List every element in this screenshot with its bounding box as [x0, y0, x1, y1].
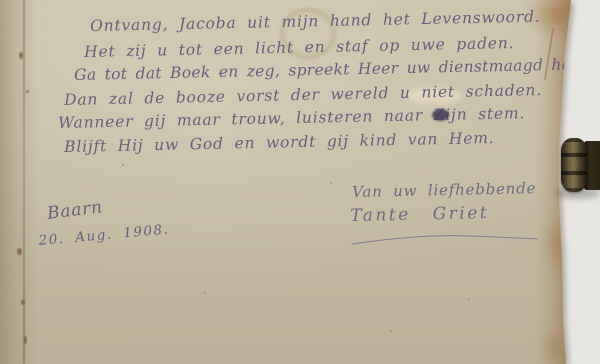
poem-line-5-after: stem.: [467, 104, 525, 123]
paper-freckle: [204, 292, 206, 294]
foxing-stain-bottom-right: [538, 326, 568, 364]
paper-freckle: [468, 298, 470, 300]
album-page-wrap: Ontvang, Jacoba uit mijn hand het Levens…: [0, 0, 600, 364]
gutter-crease: [23, 0, 25, 364]
paper-freckle: [390, 330, 392, 332]
dateline-date: 20. Aug. 1908.: [38, 222, 170, 249]
gutter-spot: [21, 300, 25, 305]
gutter-spot: [19, 52, 23, 59]
book-clasp: [559, 135, 600, 195]
poem-line-5-before: Wanneer gij maar trouw, luisteren naar: [58, 106, 434, 132]
signature-flourish: [350, 231, 540, 251]
gutter-spot: [17, 248, 22, 255]
album-page: Ontvang, Jacoba uit mijn hand het Levens…: [0, 0, 600, 364]
gutter-spot: [26, 90, 29, 93]
poem-line-6: Blijft Hij uw God en wordt gij kind van …: [64, 129, 495, 156]
dateline-place: Baarn: [46, 197, 104, 224]
clasp-hinge-barrel: [561, 138, 587, 192]
signature-line-1: Van uw liefhebbende: [352, 179, 536, 201]
blotted-corrected-word: Zijn: [434, 105, 468, 124]
poem-line-5: Wanneer gij maar trouw, luisteren naar Z…: [58, 104, 525, 132]
photo-frame: Ontvang, Jacoba uit mijn hand het Levens…: [0, 0, 600, 364]
paper-freckle: [330, 182, 332, 184]
signature-line-2: Tante Griet: [350, 203, 489, 226]
foxing-stain-right: [541, 213, 579, 275]
gutter-spot: [24, 336, 27, 344]
paper-freckle: [122, 164, 124, 166]
